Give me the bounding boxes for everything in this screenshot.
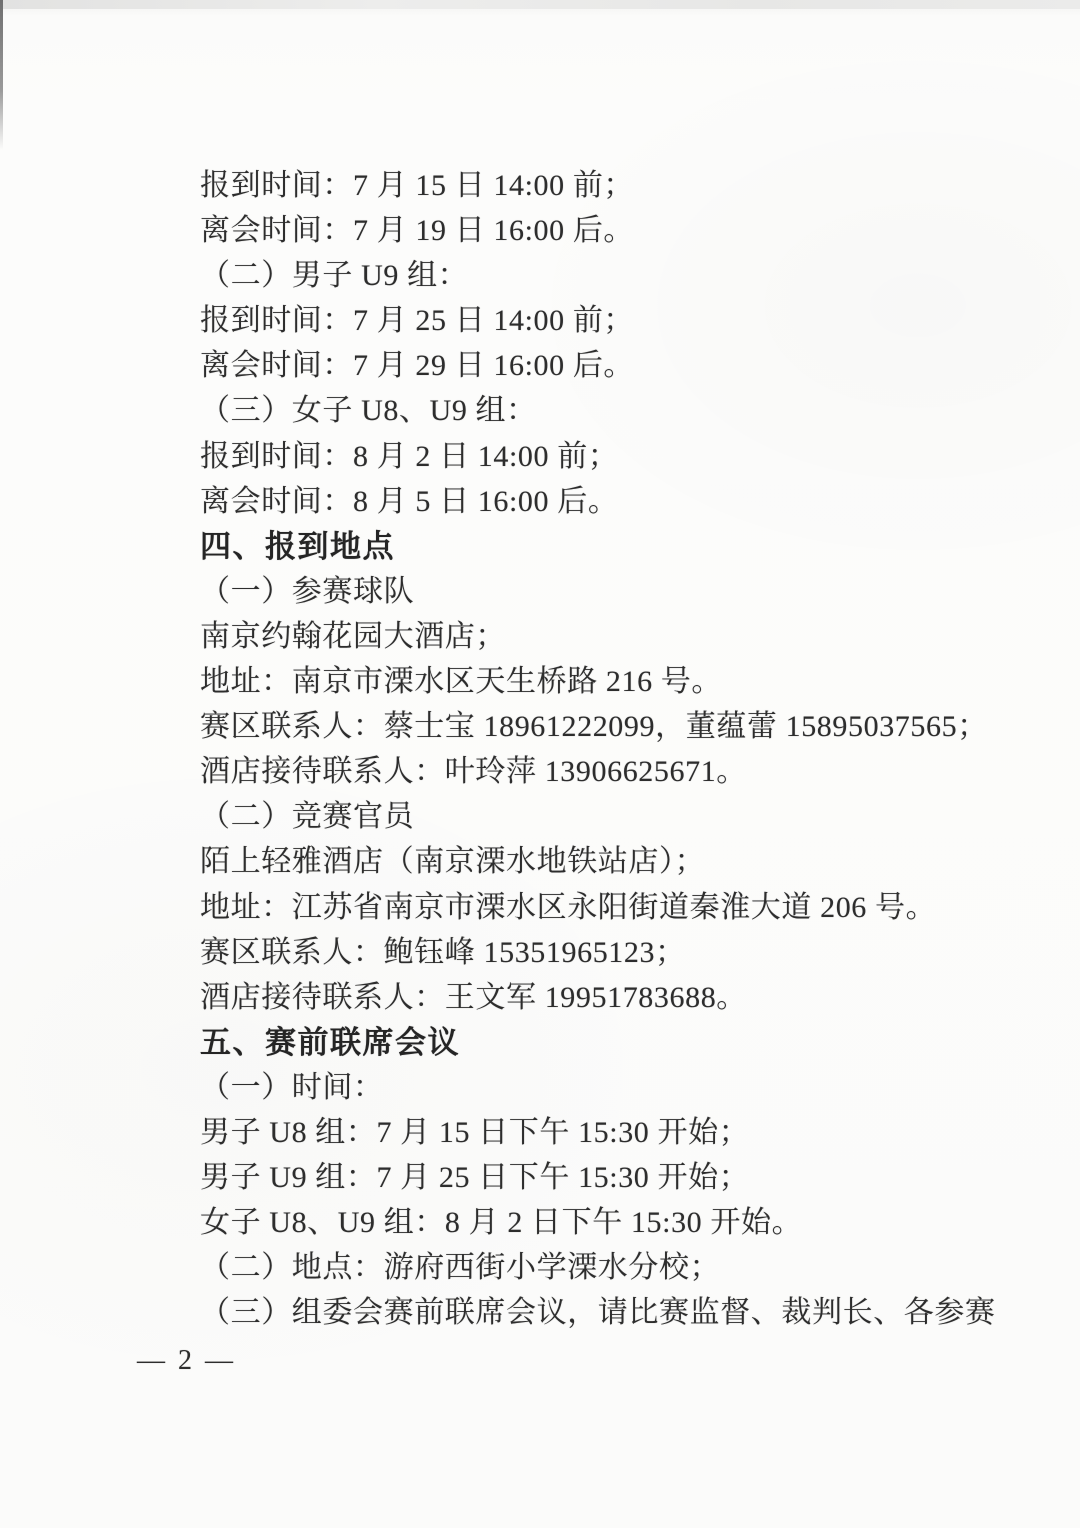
document-line: 男子 U8 组：7 月 15 日下午 15:30 开始； xyxy=(200,1110,996,1155)
scan-edge-left xyxy=(0,0,3,150)
document-line: 陌上轻雅酒店（南京溧水地铁站店）； xyxy=(200,839,996,884)
document-line: 报到时间：7 月 15 日 14:00 前； xyxy=(200,163,996,208)
document-line: （二）竞赛官员 xyxy=(200,794,996,839)
document-line: 女子 U8、U9 组：8 月 2 日下午 15:30 开始。 xyxy=(200,1200,996,1245)
document-line: 离会时间：8 月 5 日 16:00 后。 xyxy=(200,479,996,524)
document-line: 报到时间：7 月 25 日 14:00 前； xyxy=(200,298,996,343)
document-line: 地址：南京市溧水区天生桥路 216 号。 xyxy=(200,659,996,704)
document-line: 赛区联系人：蔡士宝 18961222099，董蕴蕾 15895037565； xyxy=(200,704,996,749)
document-line: 离会时间：7 月 19 日 16:00 后。 xyxy=(200,208,996,253)
section-heading: 五、赛前联席会议 xyxy=(200,1020,996,1065)
document-line: （一）参赛球队 xyxy=(200,569,996,614)
document-line: （一）时间： xyxy=(200,1065,996,1110)
document-line: 男子 U9 组：7 月 25 日下午 15:30 开始； xyxy=(200,1155,996,1200)
scan-edge-top xyxy=(0,0,1080,9)
document-line: （三）女子 U8、U9 组： xyxy=(200,388,996,433)
document-line: 离会时间：7 月 29 日 16:00 后。 xyxy=(200,343,996,388)
document-page: 报到时间：7 月 15 日 14:00 前；离会时间：7 月 19 日 16:0… xyxy=(0,0,1080,1528)
document-line: （二）地点：游府西街小学溧水分校； xyxy=(200,1245,996,1290)
document-line: （三）组委会赛前联席会议，请比赛监督、裁判长、各参赛 xyxy=(200,1290,996,1335)
document-line: 报到时间：8 月 2 日 14:00 前； xyxy=(200,434,996,479)
document-line: 赛区联系人：鲍钰峰 15351965123； xyxy=(200,930,996,975)
document-line: 酒店接待联系人：王文军 19951783688。 xyxy=(200,975,996,1020)
document-line: （二）男子 U9 组： xyxy=(200,253,996,298)
page-number: — 2 — xyxy=(137,1338,236,1383)
section-heading: 四、报到地点 xyxy=(200,524,996,569)
document-line: 地址：江苏省南京市溧水区永阳街道秦淮大道 206 号。 xyxy=(200,885,996,930)
document-line: 南京约翰花园大酒店； xyxy=(200,614,996,659)
document-body: 报到时间：7 月 15 日 14:00 前；离会时间：7 月 19 日 16:0… xyxy=(200,163,996,1335)
document-line: 酒店接待联系人：叶玲萍 13906625671。 xyxy=(200,749,996,794)
